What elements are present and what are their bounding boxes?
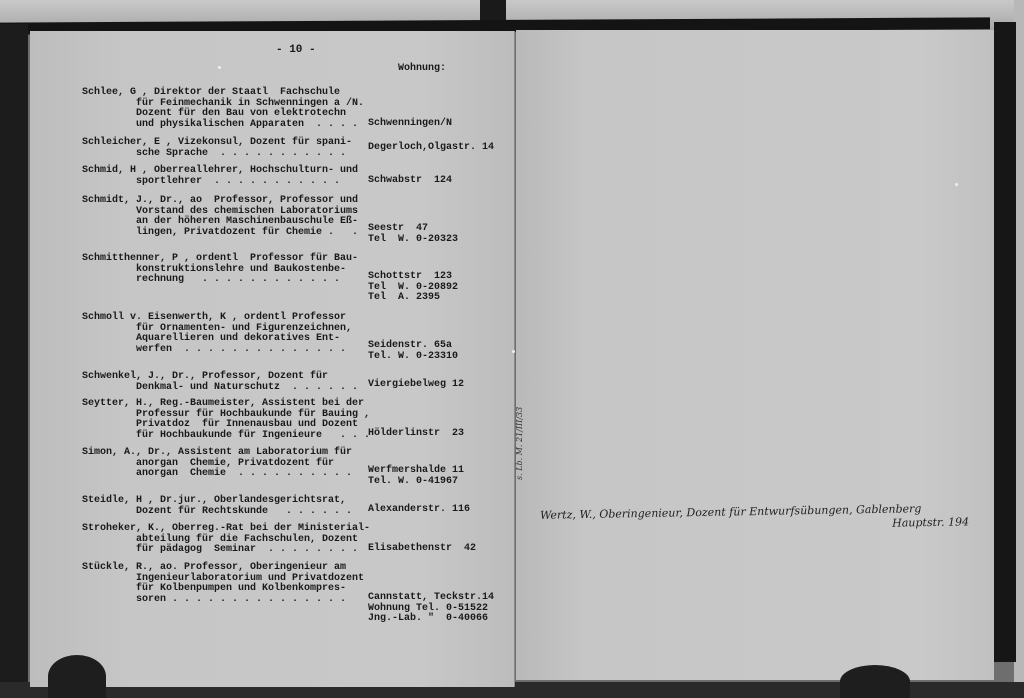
dust-speck xyxy=(512,350,515,353)
directory-entry: Steidle, H , Dr.jur., Oberlandesgerichts… xyxy=(82,496,502,517)
right-page xyxy=(516,30,994,680)
entry-address: Alexanderstr. 116 xyxy=(368,505,470,516)
left-cover-edge xyxy=(0,24,28,690)
thumb-right xyxy=(840,665,910,698)
entry-address: Cannstatt, Teckstr.14 Wohnung Tel. 0-515… xyxy=(368,593,494,625)
entry-address: Viergiebelweg 12 xyxy=(368,380,464,391)
entry-address: Seestr 47 Tel W. 0-20323 xyxy=(368,224,458,245)
entry-address: Degerloch,Olgastr. 14 xyxy=(368,143,494,154)
handwritten-line-2: Hauptstr. 194 xyxy=(892,515,969,529)
right-page-tabs xyxy=(994,22,1016,662)
directory-entry: Stückle, R., ao. Professor, Oberingenieu… xyxy=(82,563,502,605)
column-header-residence: Wohnung: xyxy=(398,63,446,74)
directory-entry: Schmidt, J., Dr., ao Professor, Professo… xyxy=(82,196,502,238)
directory-entry: Schlee, G , Direktor der Staatl Fachschu… xyxy=(82,88,502,130)
entry-address: Schottstr 123 Tel W. 0-20892 Tel A. 2395 xyxy=(368,272,458,304)
thumb-left xyxy=(48,655,106,698)
directory-entry: Stroheker, K., Oberreg.-Rat bei der Mini… xyxy=(82,524,502,556)
directory-entry: Schwenkel, J., Dr., Professor, Dozent fü… xyxy=(82,372,502,393)
directory-entry: Seytter, H., Reg.-Baumeister, Assistent … xyxy=(82,399,502,441)
entry-address: Schwenningen/N xyxy=(368,119,452,130)
margin-annotation: s. Lb. M. 21/III/33 xyxy=(515,407,524,480)
entry-address: Elisabethenstr 42 xyxy=(368,544,476,555)
entry-address: Hölderlinstr 23 xyxy=(368,429,464,440)
directory-entry: Schmoll v. Eisenwerth, K , ordentl Profe… xyxy=(82,313,502,355)
directory-entry: Simon, A., Dr., Assistent am Laboratoriu… xyxy=(82,448,502,480)
page-number: - 10 - xyxy=(276,44,316,56)
directory-entry: Schmid, H , Oberreallehrer, Hochschultur… xyxy=(82,166,502,187)
dust-speck xyxy=(218,66,221,69)
entry-address: Werfmershalde 11 Tel. W. 0-41967 xyxy=(368,466,464,487)
dust-speck xyxy=(955,183,958,186)
directory-entry: Schmitthenner, P , ordentl Professor für… xyxy=(82,254,502,286)
entry-address: Seidenstr. 65a Tel. W. 0-23310 xyxy=(368,341,458,362)
entry-address: Schwabstr 124 xyxy=(368,176,452,187)
directory-entry: Schleicher, E , Vizekonsul, Dozent für s… xyxy=(82,138,502,159)
